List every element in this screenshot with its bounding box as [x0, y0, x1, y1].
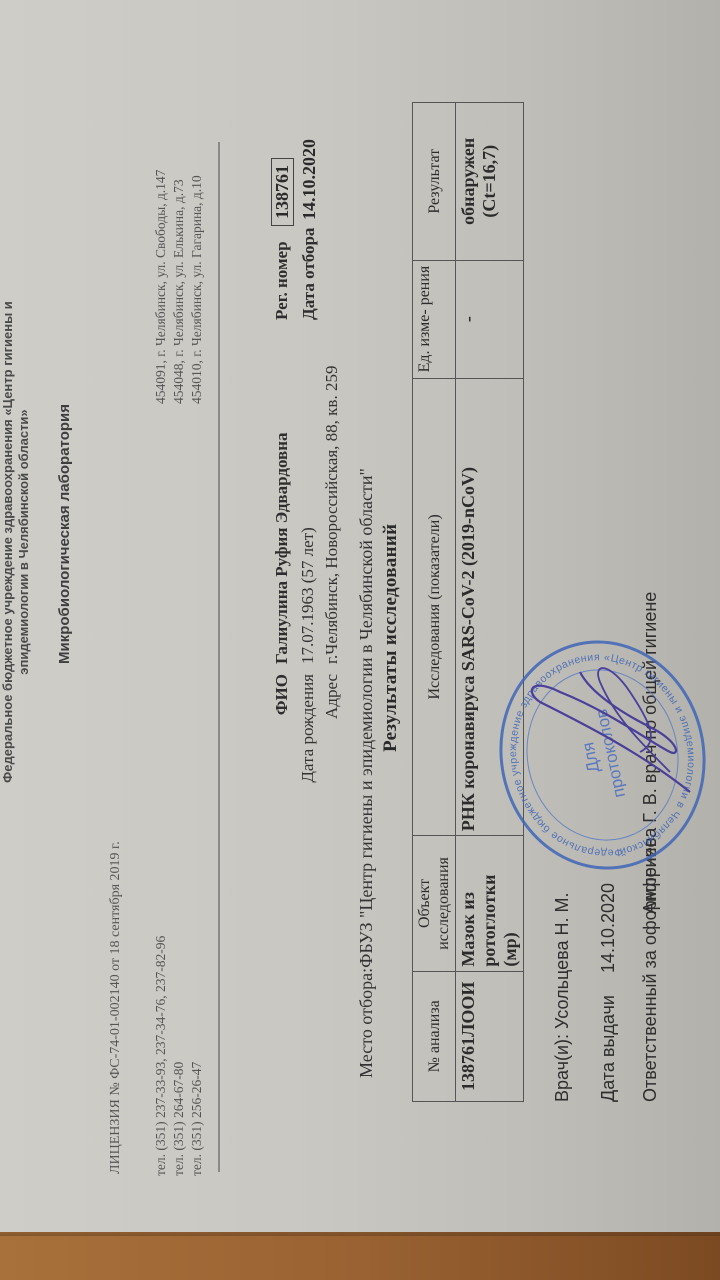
header-unit: Ед. изме- рения: [413, 260, 456, 378]
issue-date-line: Дата выдачи 14.10.2020: [598, 883, 619, 1102]
registration-block: Рег. номер 138761 Дата отбора 14.10.2020: [268, 139, 322, 320]
address-line: 454091, г. Челябинск, ул. Свободы, д.147: [152, 170, 170, 404]
organization-line-2: эпидемиологии в Челябинской области»: [16, 282, 32, 802]
organization-header: Федеральное бюджетное учреждение здравоо…: [0, 282, 32, 802]
patient-name-value: Галиулина Руфия Эдвардовна: [272, 433, 292, 665]
cell-analysis-no: 138761ЛООИ: [456, 971, 524, 1101]
signature: [520, 642, 700, 812]
cell-unit: -: [456, 260, 524, 378]
reg-number-value: 138761: [271, 158, 294, 226]
patient-block: ФИО Галиулина Руфия Эдвардовна Дата рожд…: [268, 366, 344, 802]
cell-object: Мазок из ротоглотки (мр): [456, 836, 524, 971]
doctors-line: Врач(и): Усольцева Н. М.: [552, 893, 573, 1102]
sampling-place: Место отбора:ФБУЗ "Центр гигиены и эпиде…: [356, 468, 377, 1078]
document-sheet: Федеральное бюджетное учреждение здравоо…: [0, 0, 720, 1280]
issue-date-label: Дата выдачи: [598, 995, 618, 1102]
results-table: № анализа Объект исследования Исследован…: [412, 102, 524, 1102]
phone-line: тел. (351) 264-67-80: [170, 776, 188, 1176]
license-number: ЛИЦЕНЗИЯ № ФС-74-01-002140 от 18 сентябр…: [108, 841, 124, 1174]
header-object: Объект исследования: [413, 836, 456, 971]
sample-date-label: Дата отбора: [299, 220, 319, 320]
birth-date-value: 17.07.1963 (57 лет): [298, 527, 318, 664]
phone-line: тел. (351) 237-33-93, 237-34-76, 237-82-…: [152, 776, 170, 1176]
sample-date-value: 14.10.2020: [299, 139, 320, 220]
addresses-block: 454091, г. Челябинск, ул. Свободы, д.147…: [152, 170, 206, 404]
header-divider: [218, 142, 220, 1172]
issue-date-value: 14.10.2020: [598, 883, 618, 973]
address-value: г.Челябинск, Новороссийская, 88, кв. 259: [322, 366, 342, 664]
header-analysis-no: № анализа: [413, 971, 456, 1101]
address-line: 454010, г. Челябинск, ул. Гагарина, д.10: [188, 170, 206, 404]
header-result: Результат: [413, 103, 456, 261]
reg-number-label: Рег. номер: [272, 226, 292, 320]
organization-line-1: Федеральное бюджетное учреждение здравоо…: [0, 282, 16, 802]
birth-date-label: Дата рождения: [298, 664, 318, 802]
header-test: Исследования (показатели): [413, 378, 456, 836]
phone-line: тел. (351) 256-26-47: [188, 776, 206, 1176]
results-title: Результаты исследований: [380, 524, 402, 752]
lab-report-paper: Федеральное бюджетное учреждение здравоо…: [0, 0, 720, 1232]
table-header-row: № анализа Объект исследования Исследован…: [413, 103, 456, 1102]
patient-name-label: ФИО: [272, 664, 292, 802]
phones-block: тел. (351) 237-33-93, 237-34-76, 237-82-…: [152, 776, 206, 1176]
cell-result: обнаружен (Ct=16,7): [456, 103, 524, 261]
address-label: Адрес: [322, 664, 342, 802]
laboratory-name: Микробиологическая лаборатория: [56, 404, 73, 664]
address-line: 454048, г. Челябинск, ул. Елькина, д.73: [170, 170, 188, 404]
table-row: 138761ЛООИ Мазок из ротоглотки (мр) РНК …: [456, 103, 524, 1102]
